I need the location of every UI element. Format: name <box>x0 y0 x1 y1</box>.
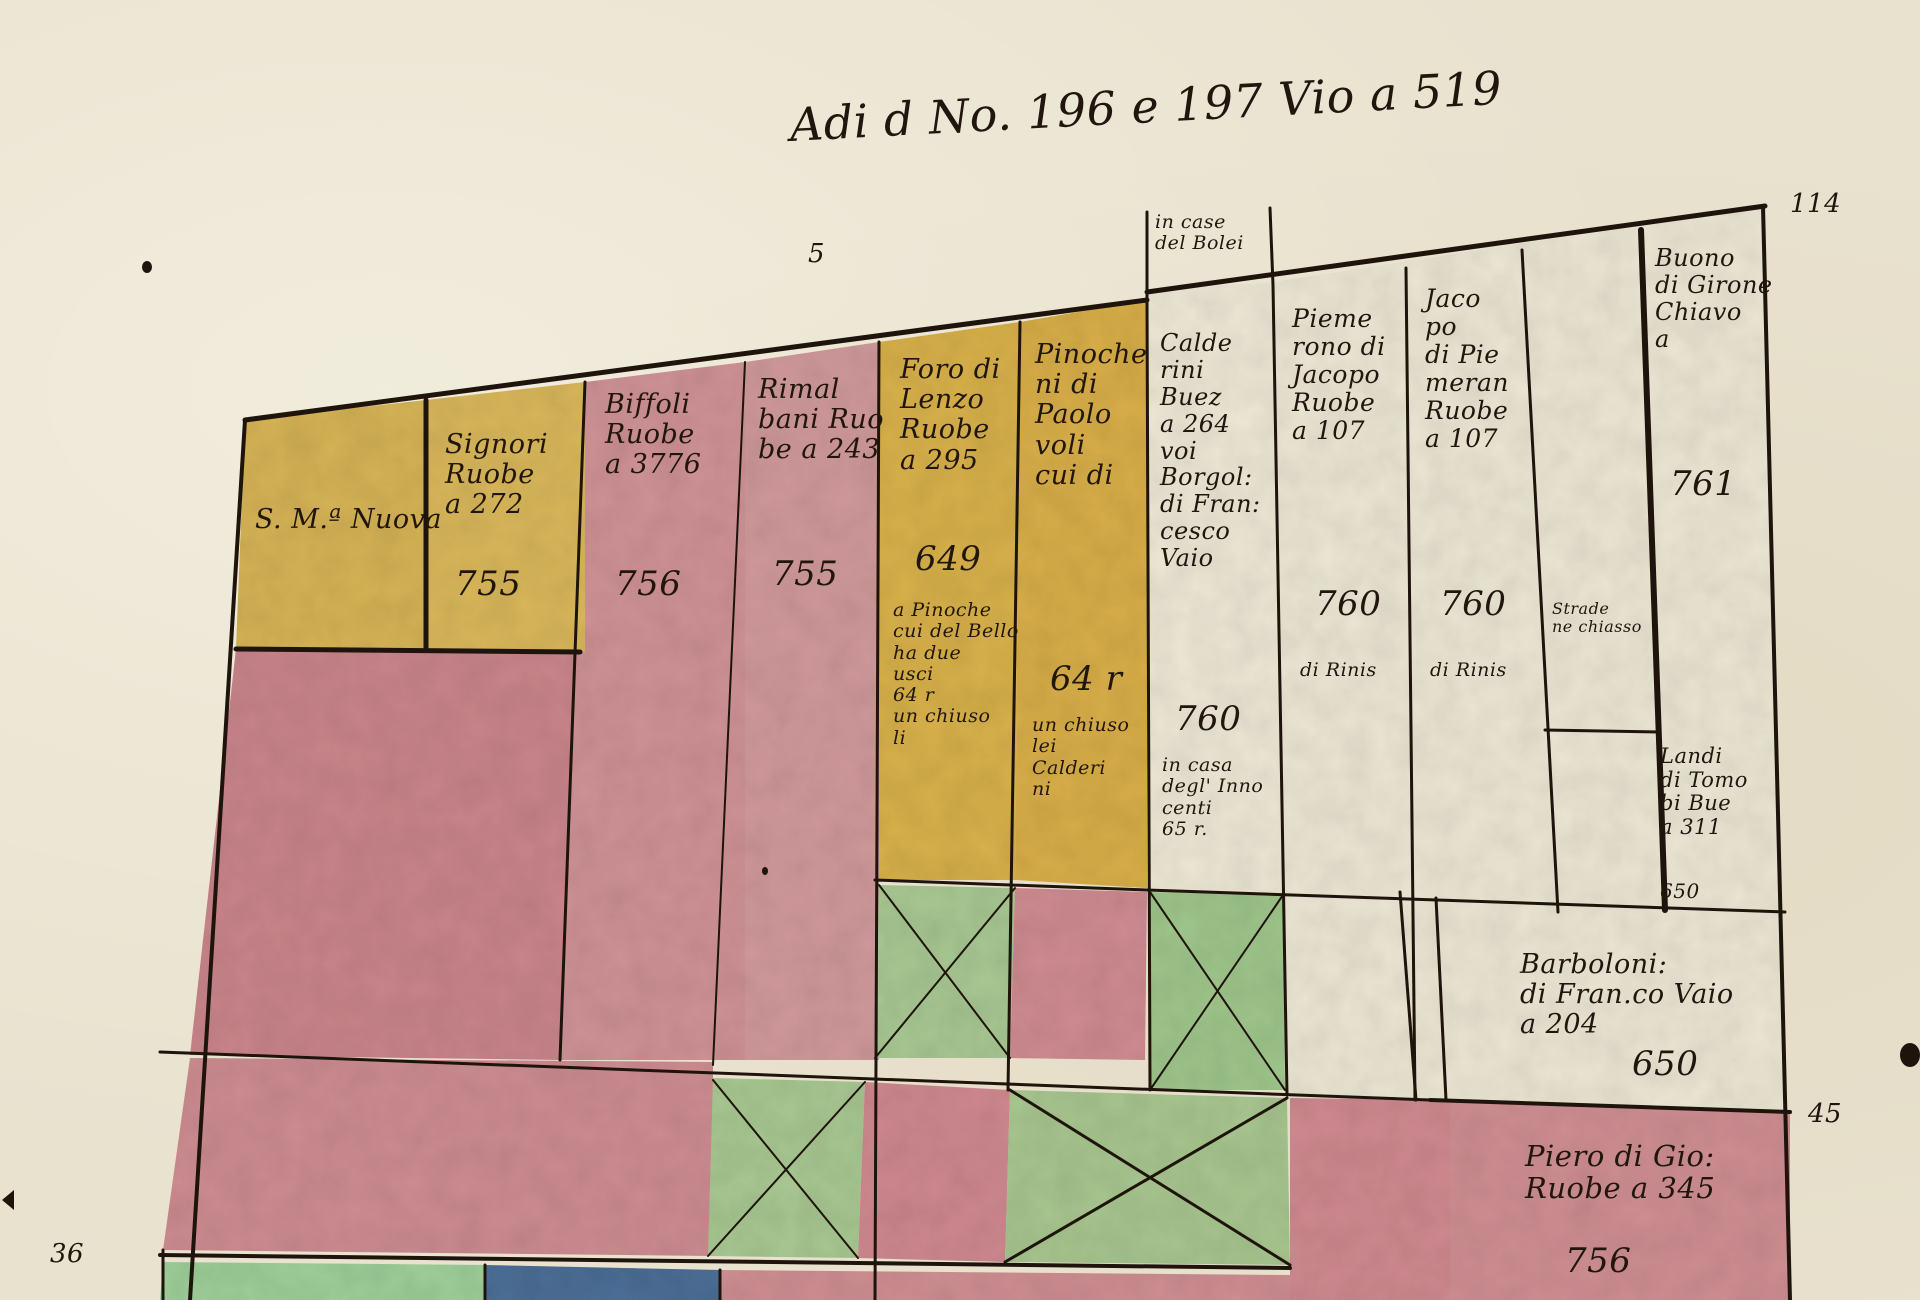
ink-dot <box>1900 1043 1920 1067</box>
parcel-p9-number: 760 <box>1440 585 1506 623</box>
parcel-p5-note: a Pinoche cui del Bello ha due usci 64 r… <box>893 600 1019 749</box>
parcel-p6-label: Pinoche ni di Paolo voli cui di <box>1035 340 1147 491</box>
parcel-p5-label: Foro di Lenzo Ruobe a 295 <box>900 355 1001 476</box>
margin-number-right: 45 <box>1808 1100 1842 1129</box>
ink-dot <box>762 867 768 875</box>
parcel-blue-bottom-fill <box>485 1265 720 1300</box>
parcel-p6-note: un chiuso lei Calderi ni <box>1032 715 1129 800</box>
parcel-p9-note: di Rinis <box>1430 660 1507 681</box>
parcel-pink-lower-left-fill <box>163 1058 713 1256</box>
parcel-p3-number: 756 <box>615 565 681 603</box>
parcel-p14-number: 756 <box>1565 1242 1631 1280</box>
parcel-p2-label: Signori Ruobe a 272 <box>445 430 548 521</box>
parcel-pink-e-fill <box>858 1082 1010 1262</box>
parcel-p7-label: Calde rini Buez a 264 voi Borgol: di Fra… <box>1160 330 1261 572</box>
parcel-pink-bottom-fill <box>720 1270 1290 1300</box>
parcel-p8-number: 760 <box>1315 585 1381 623</box>
parcel-p8-note: di Rinis <box>1300 660 1377 681</box>
parcel-p5-number: 649 <box>915 540 981 578</box>
parcel-p3-label: Biffoli Ruobe a 3776 <box>605 390 701 481</box>
parcel-p14-label: Piero di Gio: Ruobe a 345 <box>1525 1140 1715 1205</box>
parcel-p7-header-label: in case del Bolei <box>1155 212 1244 255</box>
margin-number-top-right: 114 <box>1790 190 1841 219</box>
parcel-p13-number: 650 <box>1632 1045 1698 1083</box>
parcel-p10-label: Strade ne chiasso <box>1552 600 1642 636</box>
parcel-p9-label: Jaco po di Pie meran Ruobe a 107 <box>1425 285 1509 453</box>
parcel-pink-g-fill <box>1290 1098 1450 1300</box>
margin-mark-five: 5 <box>808 240 825 269</box>
parcel-pink-b-fill <box>1010 888 1147 1060</box>
parcel-p4-number: 755 <box>772 555 838 593</box>
parcel-p6-number: 64 r <box>1050 660 1122 698</box>
margin-number-left: 36 <box>50 1240 84 1269</box>
parcel-p7-number: 760 <box>1175 700 1241 738</box>
parcel-p11-label: Buono di Girone Chiavo a <box>1655 245 1773 353</box>
map-sheet: Adi d No. 196 e 197 Vio a 519 114 45 36 … <box>0 0 1920 1300</box>
parcel-pink-large-fill <box>190 649 575 1060</box>
parcel-p13-label: Barboloni: di Fran.co Vaio a 204 <box>1520 950 1734 1041</box>
parcel-p8-label: Pieme rono di Jacopo Ruobe a 107 <box>1292 305 1386 445</box>
parcel-p12-number: 650 <box>1660 880 1700 902</box>
parcel-p2-number: 755 <box>455 565 521 603</box>
ink-mark <box>2 1190 14 1210</box>
parcel-p1-label: S. M.ª Nuova <box>255 505 442 535</box>
parcel-p4-label: Rimal bani Ruo be a 243 <box>758 375 884 466</box>
parcel-p11-number: 761 <box>1670 465 1736 503</box>
parcel-p12-label: Landi di Tomo bi Bue a 311 <box>1660 745 1748 839</box>
ink-dot <box>142 261 152 273</box>
parcel-p7-note: in casa degl' Inno centi 65 r. <box>1162 755 1263 840</box>
parcel-green-bottom-fill <box>160 1262 485 1300</box>
